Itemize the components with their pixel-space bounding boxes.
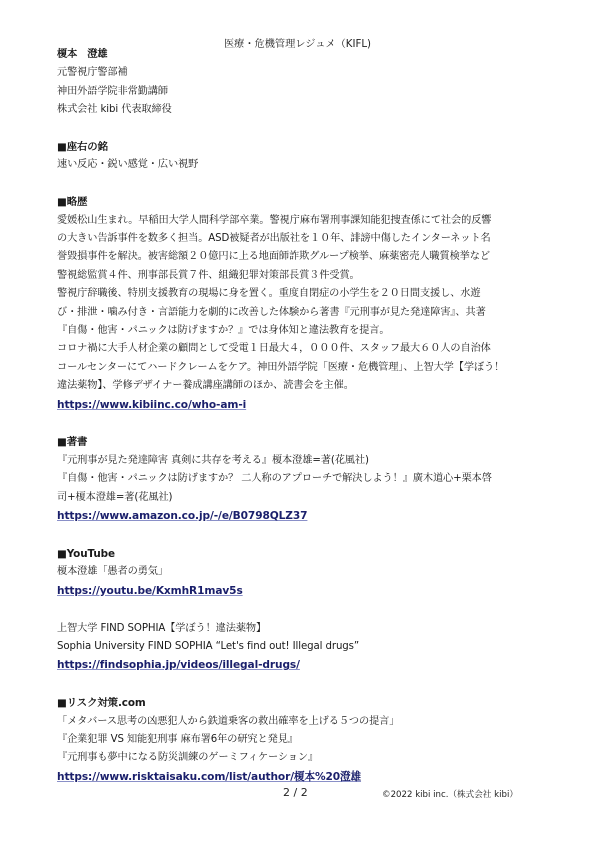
career-line: コールセンターにてハードクレームをケア。神田外語学院「医療・危機管理」、上智大学… [57,359,545,377]
career-line: 警視総監賞４件、刑事部長賞７件、組織犯罪対策部長賞３件受賞。 [57,267,545,285]
career-line: 違法薬物】、学修デザイナー養成講座講師のほか、読書会を主催。 [57,377,545,395]
career-link[interactable]: https://www.kibiinc.co/who-am-i [57,396,246,414]
youtube-video2-link[interactable]: https://findsophia.jp/videos/illegal-dru… [57,656,300,674]
youtube-video2-title-en: Sophia University FIND SOPHIA “Let's fin… [57,638,545,656]
motto-text: 速い反応・鋭い感覚・広い視野 [57,156,545,174]
profile-title: 株式会社 kibi 代表取締役 [57,101,545,119]
spacer [57,120,545,138]
career-line: び・排泄・噛み付き・言語能力を劇的に改善した体験から著書『元刑事が見た発達障害』… [57,304,545,322]
career-line: 愛媛松山生まれ。早稲田大学人間科学部卒業。警視庁麻布署刑事課知能犯捜査係にて社会… [57,212,545,230]
page-number: 2 / 2 [283,786,308,799]
risk-article: 『企業犯罪 VS 知能犯刑事 麻布署6年の研究と発見』 [57,731,545,749]
risk-article: 「メタバース思考の凶悪犯人から鉄道乗客の救出確率を上げる５つの提言」 [57,713,545,731]
books-heading: ■著書 [57,433,545,451]
career-line: 誉毀損事件を解決。被害総額２０億円に上る地面師詐欺グループ検挙、麻薬密売人職質検… [57,248,545,266]
spacer [57,601,545,619]
career-line: コロナ禍に大手人材企業の顧問として受電１日最大４，０００件、スタッフ最大６０人の… [57,340,545,358]
spacer [57,676,545,694]
book-line: 『元刑事が見た発達障害 真剣に共存を考える』榎本澄雄=著(花風社) [57,452,545,470]
motto-heading: ■座右の銘 [57,138,545,156]
career-line: の大きい告訴事件を数多く担当。ASD被疑者が出版社を１０年、誹謗中傷したインター… [57,230,545,248]
youtube-video2-title-ja: 上智大学 FIND SOPHIA【学ぼう！違法薬物】 [57,620,545,638]
profile-title: 元警視庁警部補 [57,64,545,82]
career-line: 警視庁辞職後、特別支援教育の現場に身を置く。重度自閉症の小学生を２０日間支援し、… [57,285,545,303]
risk-heading: ■リスク対策.com [57,694,545,712]
risk-article: 『元刑事も夢中になる防災訓練のゲーミフィケーション』 [57,749,545,767]
profile-title: 神田外語学院非常勤講師 [57,83,545,101]
youtube-video1-link[interactable]: https://youtu.be/KxmhR1mav5s [57,582,243,600]
youtube-heading: ■YouTube [57,545,545,563]
spacer [57,415,545,433]
book-line: 司+榎本澄雄=著(花風社) [57,489,545,507]
risk-link[interactable]: https://www.risktaisaku.com/list/author/… [57,768,361,786]
career-heading: ■略歴 [57,193,545,211]
books-link[interactable]: https://www.amazon.co.jp/-/e/B0798QLZ37 [57,507,307,525]
career-line: 『自傷・他害・パニックは防げますか？』では身体知と違法教育を提言。 [57,322,545,340]
spacer [57,527,545,545]
resume-content: 榎本 澄雄 元警視庁警部補 神田外語学院非常勤講師 株式会社 kibi 代表取締… [57,46,545,787]
profile-name: 榎本 澄雄 [57,46,545,64]
youtube-video1-title: 榎本澄雄「愚者の勇気」 [57,563,545,581]
spacer [57,175,545,193]
copyright-notice: ©2022 kibi inc.（株式会社 kibi） [382,788,518,800]
book-line: 『自傷・他害・パニックは防げますか？ 二人称のアプローチで解決しよう！』廣木道心… [57,470,545,488]
